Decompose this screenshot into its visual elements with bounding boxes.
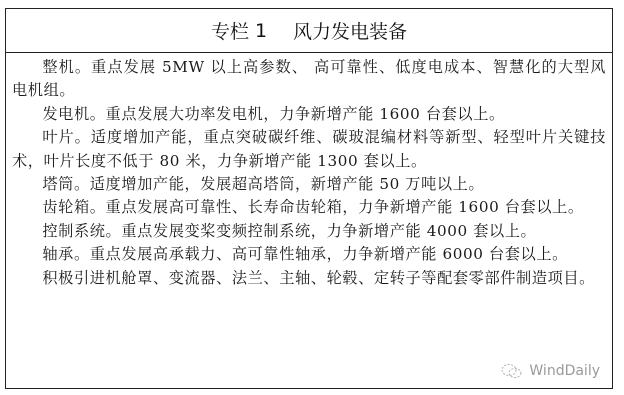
paragraph-bearing: 轴承。重点发展高承载力、高可靠性轴承，力争新增产能 6000 台套以上。 <box>12 243 606 266</box>
column-box: 专栏 1 风力发电装备 整机。重点发展 5MW 以上高参数、 高可靠性、低度电成… <box>5 8 613 389</box>
watermark-text: WindDaily <box>529 363 600 379</box>
box-header: 专栏 1 风力发电装备 <box>6 9 612 53</box>
title-number: 1 <box>255 20 267 42</box>
title-prefix: 专栏 <box>211 17 249 44</box>
paragraph-complete-unit: 整机。重点发展 5MW 以上高参数、 高可靠性、低度电成本、智慧化的大型风电机组… <box>12 56 606 103</box>
paragraph-blade: 叶片。适度增加产能，重点突破碳纤维、碳玻混编材料等新型、轻型叶片关键技术，叶片长… <box>12 126 606 173</box>
box-content: 整机。重点发展 5MW 以上高参数、 高可靠性、低度电成本、智慧化的大型风电机组… <box>6 53 612 290</box>
wechat-icon <box>501 363 523 379</box>
watermark: WindDaily <box>501 363 600 379</box>
box-title: 风力发电装备 <box>293 17 407 44</box>
paragraph-control-system: 控制系统。重点发展变桨变频控制系统，力争新增产能 4000 套以上。 <box>12 220 606 243</box>
paragraph-components: 积极引进机舱罩、变流器、法兰、主轴、轮毂、定转子等配套零部件制造项目。 <box>12 267 606 290</box>
paragraph-tower: 塔筒。适度增加产能，发展超高塔筒，新增产能 50 万吨以上。 <box>12 173 606 196</box>
paragraph-gearbox: 齿轮箱。重点发展高可靠性、长寿命齿轮箱，力争新增产能 1600 台套以上。 <box>12 196 606 219</box>
paragraph-generator: 发电机。重点发展大功率发电机，力争新增产能 1600 台套以上。 <box>12 103 606 126</box>
